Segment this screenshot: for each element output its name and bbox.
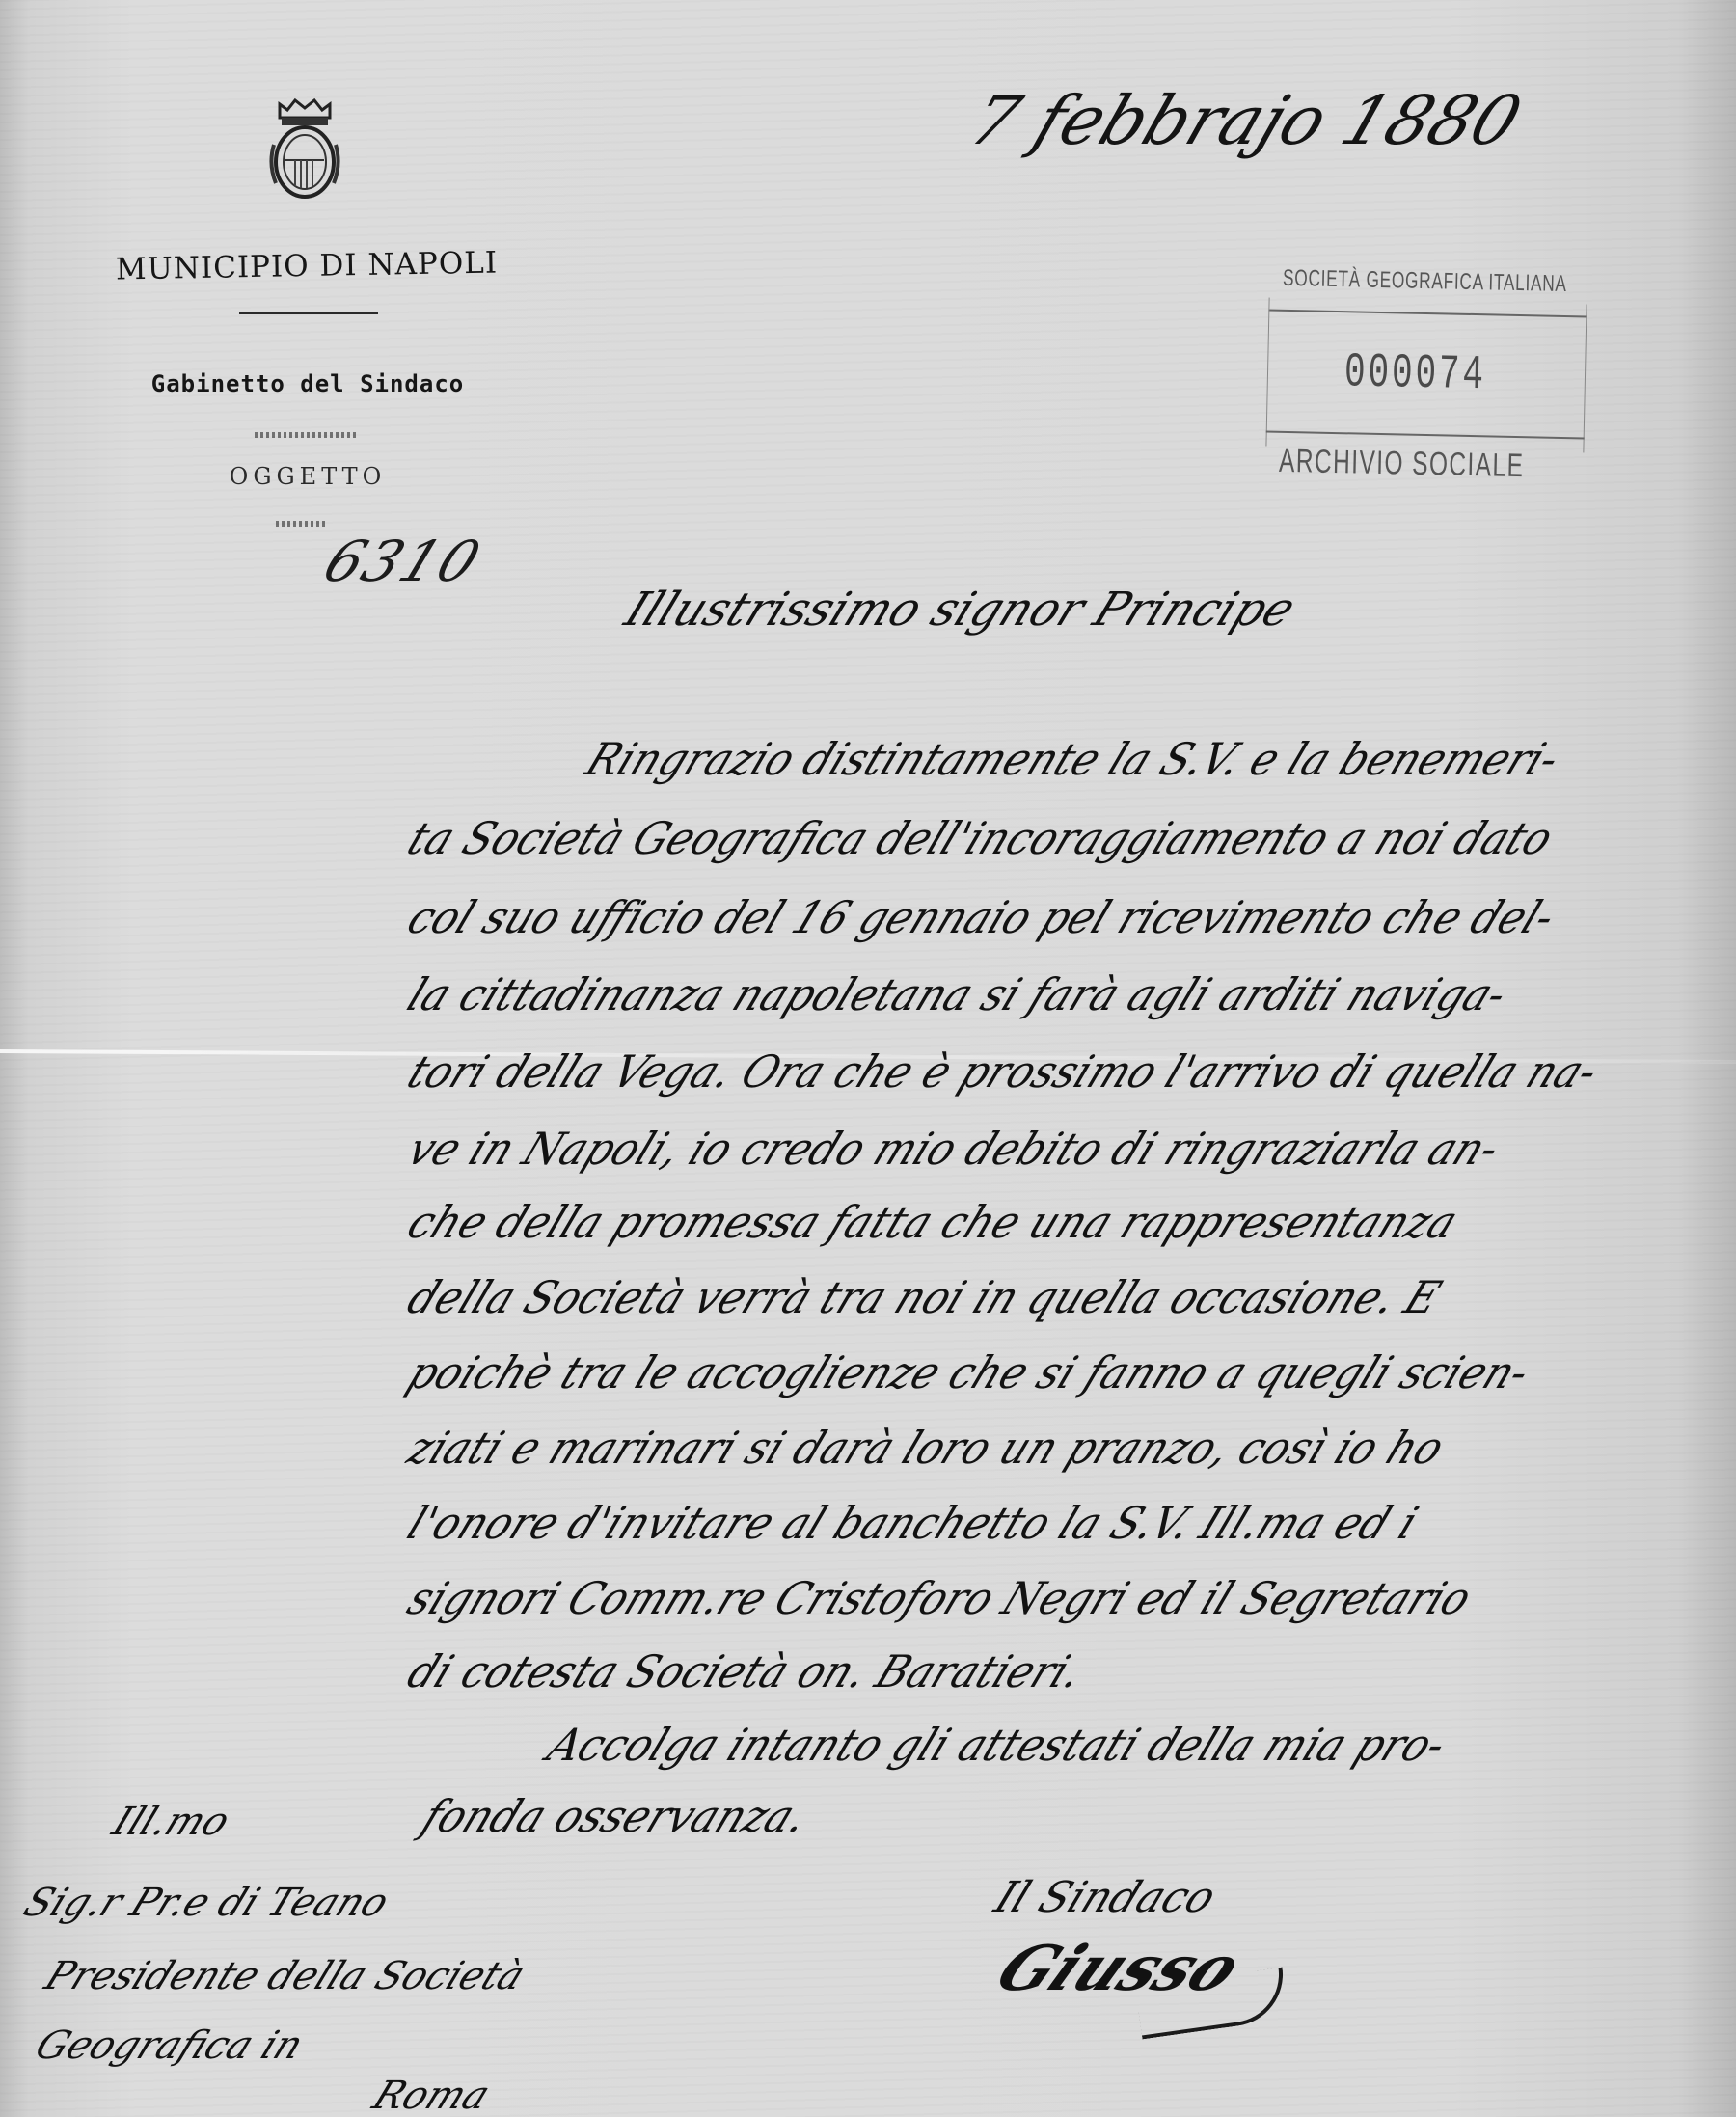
letter-line: di cotesta Società on. Baratieri. [400,1645,1091,1697]
ornament-divider [276,521,326,527]
stamp-rule [1268,310,1587,318]
letter-line: che della promessa fatta che una rappres… [400,1196,1465,1248]
letter-line: Ringrazio distintamente la S.V. e la ben… [579,733,1567,785]
stamp-rule [1265,298,1269,447]
institution-name: MUNICIPIO DI NAPOLI [85,245,529,287]
letter-line: ziati e marinari si darà loro un pranzo,… [400,1422,1452,1474]
archive-stamp: SOCIETÀ GEOGRAFICA ITALIANA 000074 ARCHI… [1265,259,1588,492]
office-name: Gabinetto del Sindaco [100,370,515,397]
addressee-line: Ill.mo [106,1800,236,1844]
stamp-rule [1266,431,1585,440]
ornament-divider [255,432,359,438]
letter-line: ta Società Geografica dell'incoraggiamen… [400,812,1560,864]
stamp-footer: ARCHIVIO SOCIALE [1279,443,1525,485]
signature-title: Il Sindaco [988,1873,1223,1922]
addressee-line: Sig.r Pr.e di Teano [17,1881,395,1925]
letter-line: ve in Napoli, io credo mio debito di rin… [400,1123,1507,1175]
stamp-rule [1583,304,1587,452]
letter-line: poichè tra le accoglienze che si fanno a… [400,1346,1537,1398]
protocol-number: 6310 [314,529,491,594]
stamp-number: 000074 [1343,345,1486,403]
letter-line: l'onore d'invitare al banchetto la S.V. … [400,1497,1425,1549]
letter-line: la cittadinanza napoletana si farà agli … [400,968,1515,1020]
letter-line: col suo ufficio del 16 gennaio pel ricev… [400,891,1563,943]
addressee-line: Presidente della Società [39,1954,531,1998]
salutation: Illustrissimo signor Principe [617,583,1303,637]
addressee-line: Geografica in [29,2023,310,2068]
letter-line: tori della Vega. Ora che è prossimo l'ar… [400,1045,1606,1098]
letter-line: della Società verrà tra noi in quella oc… [400,1271,1449,1323]
letter-line: fonda osservanza. [415,1790,816,1842]
letter-line: signori Comm.re Cristoforo Negri ed il S… [400,1572,1479,1624]
subject-label: OGGETTO [206,463,409,490]
coat-of-arms-icon [266,96,343,204]
letter-date: 7 febbrajo 1880 [960,81,1532,160]
letter-line: Accolga intanto gli attestati della mia … [540,1719,1454,1771]
letter-page: MUNICIPIO DI NAPOLI Gabinetto del Sindac… [0,0,1736,2117]
stamp-header: SOCIETÀ GEOGRAFICA ITALIANA [1283,265,1567,298]
ornament-divider [239,312,378,314]
addressee-line: Roma [366,2074,497,2117]
